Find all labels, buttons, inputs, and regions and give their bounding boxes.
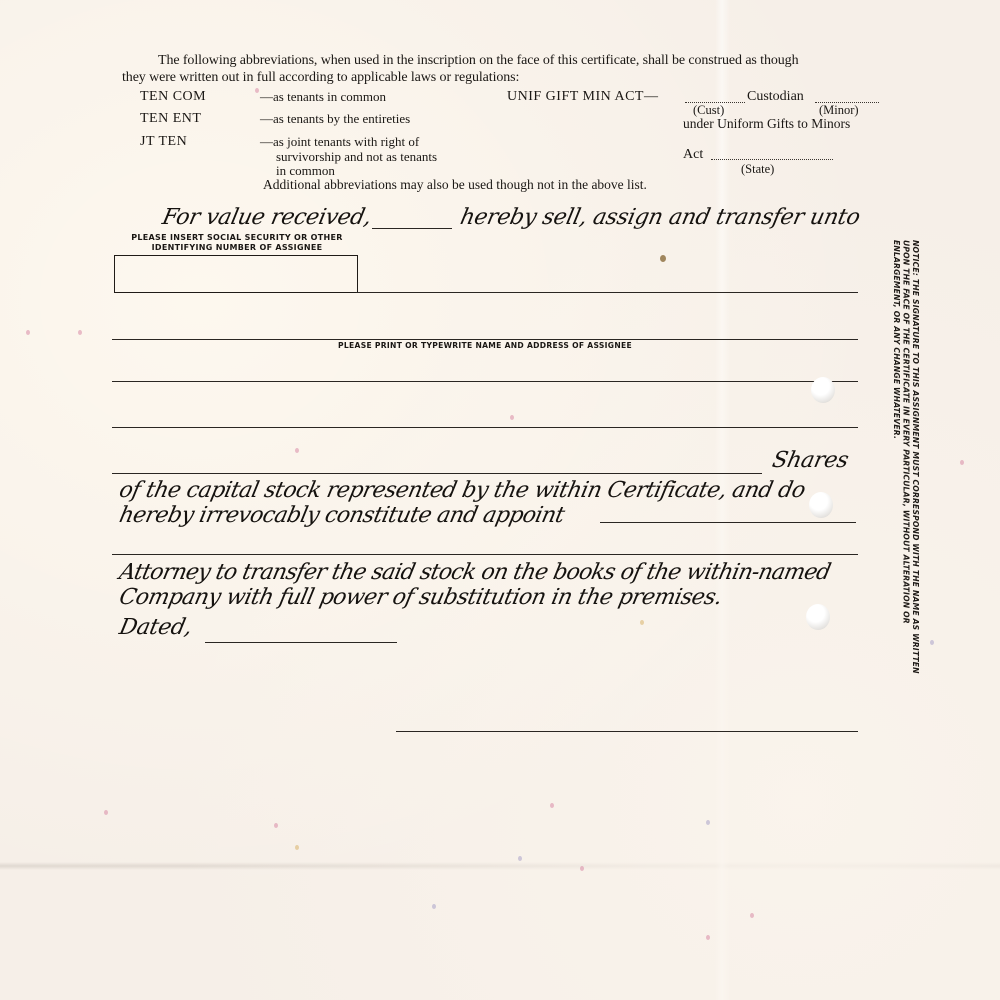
attorney-name-line[interactable] — [600, 522, 856, 523]
stain — [660, 255, 666, 262]
abbr-meaning: —as tenants by the entireties — [260, 111, 410, 127]
ssn-label: PLEASE INSERT SOCIAL SECURITY OR OTHER I… — [114, 233, 360, 253]
speck — [78, 330, 82, 335]
speck — [580, 866, 584, 871]
abbr-key: TEN COM — [140, 89, 250, 105]
attorney-text: Attorney to transfer the said stock on t… — [117, 560, 833, 585]
abbreviations-intro: The following abbreviations, when used i… — [122, 52, 912, 86]
hereby-irrevocably-text: hereby irrevocably constitute and appoin… — [117, 503, 566, 528]
speck — [640, 620, 644, 625]
ssn-label-line-1: PLEASE INSERT SOCIAL SECURITY OR OTHER — [114, 233, 360, 243]
assignor-blank[interactable] — [372, 228, 452, 229]
assignee-address-line-1[interactable] — [112, 381, 858, 382]
speck — [432, 904, 436, 909]
abbr-meaning: —as joint tenants with right of — [260, 134, 419, 150]
ssn-input-box[interactable] — [114, 255, 358, 293]
punch-hole — [811, 377, 835, 403]
speck — [104, 810, 108, 815]
capital-stock-text: of the capital stock represented by the … — [117, 478, 807, 503]
additional-abbreviations-note: Additional abbreviations may also be use… — [263, 177, 647, 193]
signature-line[interactable] — [396, 731, 858, 732]
for-value-received: For value received, — [160, 205, 374, 230]
intro-line-2: they were written out in full according … — [122, 69, 912, 86]
speck — [706, 820, 710, 825]
speck — [274, 823, 278, 828]
unif-gift-min-act: UNIF GIFT MIN ACT— Custodian (Cust) (Min… — [507, 89, 887, 189]
state-blank[interactable] — [711, 159, 833, 160]
speck — [750, 913, 754, 918]
uniform-gifts-text: under Uniform Gifts to Minors — [683, 116, 850, 132]
ssn-label-line-2: IDENTIFYING NUMBER OF ASSIGNEE — [114, 243, 360, 253]
shares-count-line[interactable] — [112, 473, 762, 474]
state-sublabel: (State) — [741, 162, 774, 177]
act-label: Act — [683, 147, 703, 163]
date-line[interactable] — [205, 642, 397, 643]
speck — [255, 88, 259, 93]
speck — [550, 803, 554, 808]
shares-label: Shares — [770, 448, 851, 473]
company-text: Company with full power of substitution … — [117, 585, 724, 610]
speck — [26, 330, 30, 335]
abbr-key: JT TEN — [140, 134, 250, 150]
signature-notice: NOTICE: THE SIGNATURE TO THIS ASSIGNMENT… — [880, 240, 920, 690]
speck — [295, 845, 299, 850]
hereby-sell-assign-transfer: hereby sell, assign and transfer unto — [458, 205, 862, 230]
attorney-name-line-2[interactable] — [112, 554, 858, 555]
dated-label: Dated, — [117, 615, 194, 640]
name-address-label: PLEASE PRINT OR TYPEWRITE NAME AND ADDRE… — [112, 341, 858, 350]
speck — [960, 460, 964, 465]
speck — [706, 935, 710, 940]
speck — [510, 415, 514, 420]
custodian-label: Custodian — [747, 89, 804, 105]
abbr-key: TEN ENT — [140, 111, 250, 127]
speck — [295, 448, 299, 453]
assignee-name-line[interactable] — [112, 339, 858, 340]
assignee-address-line-2[interactable] — [112, 427, 858, 428]
intro-line-1: The following abbreviations, when used i… — [122, 52, 912, 69]
speck — [930, 640, 934, 645]
punch-hole — [809, 492, 833, 518]
assignee-line-1[interactable] — [356, 292, 858, 293]
punch-hole — [806, 604, 830, 630]
unif-gift-label: UNIF GIFT MIN ACT— — [507, 89, 658, 105]
speck — [518, 856, 522, 861]
abbr-meaning: —as tenants in common — [260, 89, 386, 105]
